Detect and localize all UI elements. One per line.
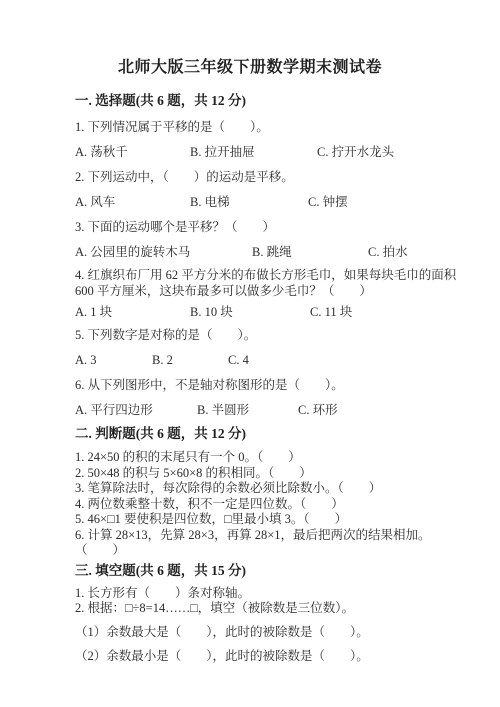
choice-question-5-options: A. 3 B. 2 C. 4 — [75, 352, 462, 368]
judgment-items: 1. 24×50 的积的末尾只有一个 0。（ ） 2. 50×48 的积与 5×… — [75, 450, 462, 559]
choice-q2-option-b: B. 电梯 — [190, 194, 230, 210]
fill-items: 1. 长方形有（ ）条对称轴。 2. 根据：□÷8=14……□，填空（被除数是三… — [75, 586, 462, 617]
judgment-item-4: 4. 两位数乘整十数，积不一定是四位数。（ ） — [75, 497, 462, 513]
choice-question-5: 5. 下列数字是对称的是（ ）。 — [75, 327, 462, 343]
choice-q3-option-a: A. 公园里的旋转木马 — [75, 244, 190, 260]
judgment-item-6: 6. 计算 28×13，先算 28×3，再算 28×1，最后把两次的结果相加。（… — [75, 528, 462, 559]
judgment-item-3: 3. 笔算除法时，每次除得的余数必须比除数小。（ ） — [75, 481, 462, 497]
choice-question-1: 1. 下列情况属于平移的是（ ）。 — [75, 119, 462, 135]
choice-question-3: 3. 下面的运动哪个是平移？（ ） — [75, 219, 462, 235]
section-choice-heading: 一. 选择题(共 6 题，共 12 分) — [75, 92, 462, 109]
fill-subitem-2: （2）余数最小是（ ），此时的被除数是（ ）。 — [75, 648, 462, 664]
choice-q6-option-b: B. 半圆形 — [197, 402, 249, 418]
choice-q4-option-b: B. 10 块 — [190, 304, 233, 320]
paper-content: 一. 选择题(共 6 题，共 12 分) 1. 下列情况属于平移的是（ ）。 A… — [75, 92, 462, 664]
fill-item-2: 2. 根据：□÷8=14……□，填空（被除数是三位数）。 — [75, 601, 462, 617]
judgment-item-2: 2. 50×48 的积与 5×60×8 的积相同。（ ） — [75, 466, 462, 482]
choice-question-3-options: A. 公园里的旋转木马 B. 跳绳 C. 拍水 — [75, 244, 462, 260]
choice-q3-option-c: C. 拍水 — [368, 244, 408, 260]
choice-question-4: 4. 红旗织布厂用 62 平方分米的布做长方形毛巾，如果每块毛巾的面积 600 … — [75, 267, 462, 299]
section-fill-heading: 三. 填空题(共 6 题，共 15 分) — [75, 562, 462, 579]
page-title: 北师大版三年级下册数学期末测试卷 — [0, 56, 500, 80]
choice-q1-option-b: B. 拉开抽屉 — [190, 144, 255, 160]
choice-q1-option-c: C. 拧开水龙头 — [317, 144, 394, 160]
judgment-item-5: 5. 46×□1 要使积是四位数，□里最小填 3。（ ） — [75, 512, 462, 528]
choice-question-2-options: A. 风车 B. 电梯 C. 钟摆 — [75, 194, 462, 210]
choice-q5-option-c: C. 4 — [228, 352, 249, 368]
choice-q2-option-a: A. 风车 — [75, 194, 115, 210]
choice-q2-option-c: C. 钟摆 — [308, 194, 348, 210]
choice-question-2: 2. 下列运动中，（ ）的运动是平移。 — [75, 169, 462, 185]
fill-item-1: 1. 长方形有（ ）条对称轴。 — [75, 586, 462, 602]
choice-question-6-options: A. 平行四边形 B. 半圆形 C. 环形 — [75, 402, 462, 418]
choice-q4-option-a: A. 1 块 — [75, 304, 112, 320]
choice-q6-option-c: C. 环形 — [298, 402, 338, 418]
choice-question-4-options: A. 1 块 B. 10 块 C. 11 块 — [75, 304, 462, 320]
judgment-item-1: 1. 24×50 的积的末尾只有一个 0。（ ） — [75, 450, 462, 466]
choice-q6-option-a: A. 平行四边形 — [75, 402, 153, 418]
fill-subitem-1: （1）余数最大是（ ），此时的被除数是（ ）。 — [75, 624, 462, 640]
choice-q1-option-a: A. 荡秋千 — [75, 144, 128, 160]
choice-question-1-options: A. 荡秋千 B. 拉开抽屉 C. 拧开水龙头 — [75, 144, 462, 160]
choice-q5-option-a: A. 3 — [75, 352, 97, 368]
choice-q3-option-b: B. 跳绳 — [252, 244, 292, 260]
choice-question-6: 6. 从下列图形中，不是轴对称图形的是（ ）。 — [75, 377, 462, 393]
test-paper-page: 北师大版三年级下册数学期末测试卷 一. 选择题(共 6 题，共 12 分) 1.… — [0, 0, 500, 707]
section-judgment-heading: 二. 判断题(共 6 题，共 12 分) — [75, 425, 462, 442]
choice-q5-option-b: B. 2 — [152, 352, 173, 368]
choice-q4-option-c: C. 11 块 — [310, 304, 352, 320]
